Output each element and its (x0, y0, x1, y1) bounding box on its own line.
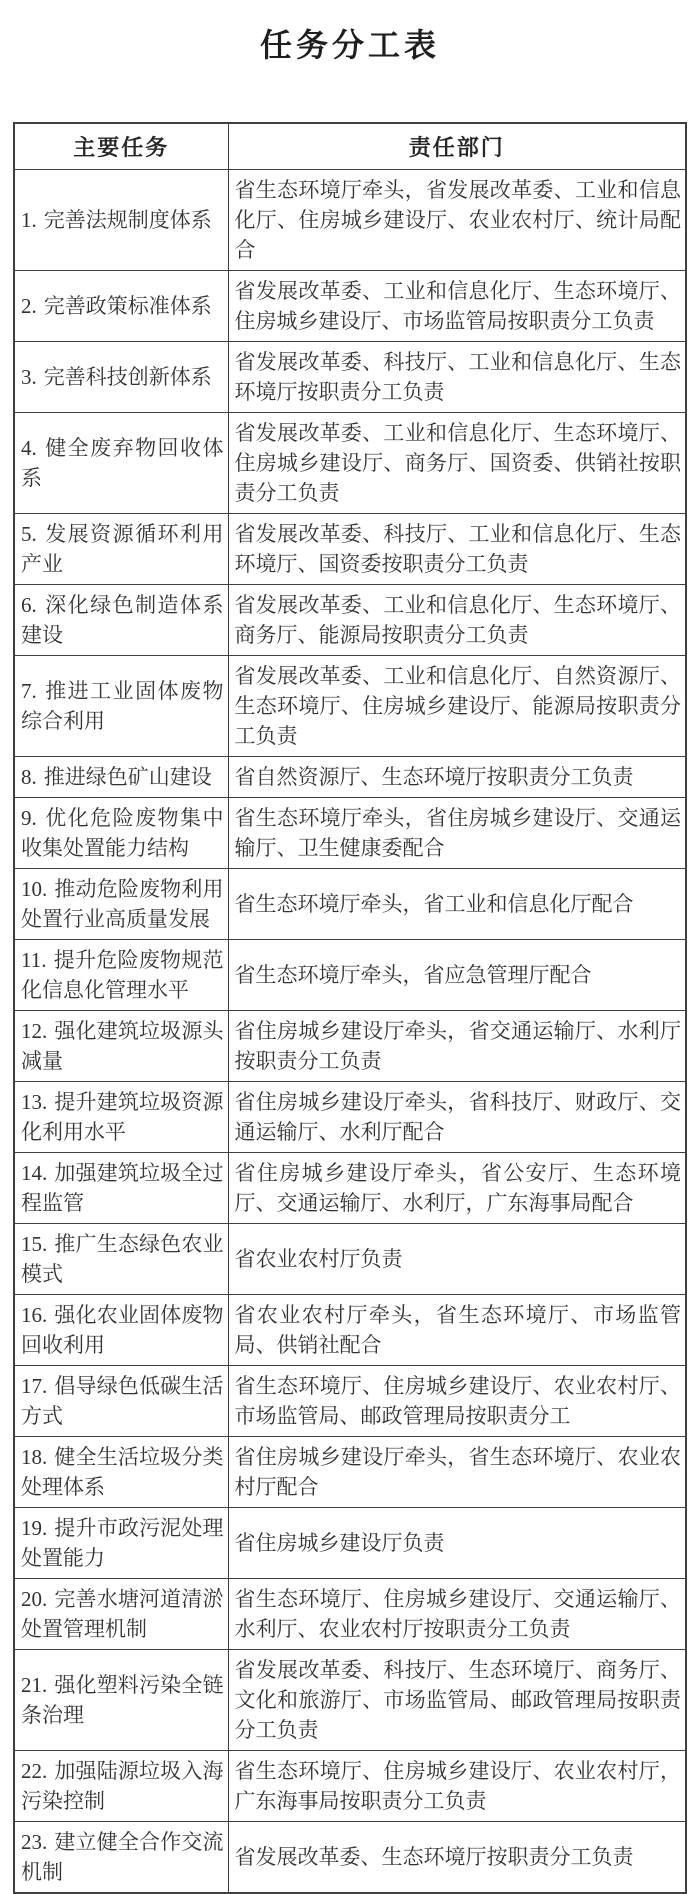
department-cell: 省农业农村厅牵头，省生态环境厅、市场监管局、供销社配合 (228, 1295, 686, 1366)
table-row: 14.加强建筑垃圾全过程监管 省住房城乡建设厅牵头，省公安厅、生态环境厅、交通运… (14, 1153, 686, 1224)
task-cell: 23.建立健全合作交流机制 (14, 1822, 228, 1894)
table-row: 2.完善政策标准体系 省发展改革委、工业和信息化厅、生态环境厅、住房城乡建设厅、… (14, 271, 686, 342)
task-number: 5. (21, 522, 37, 546)
department-cell: 省住房城乡建设厅牵头，省交通运输厅、水利厅按职责分工负责 (228, 1011, 686, 1082)
task-text: 推广生态绿色农业模式 (21, 1232, 224, 1286)
task-number: 1. (21, 208, 37, 232)
task-number: 10. (21, 877, 47, 901)
department-cell: 省发展改革委、工业和信息化厅、自然资源厅、生态环境厅、住房城乡建设厅、能源局按职… (228, 656, 686, 757)
table-row: 5.发展资源循环利用产业 省发展改革委、科技厅、工业和信息化厅、生态环境厅、国资… (14, 514, 686, 585)
department-cell: 省生态环境厅牵头，省应急管理厅配合 (228, 940, 686, 1011)
task-text: 健全生活垃圾分类处理体系 (21, 1445, 224, 1499)
table-row: 10.推动危险废物利用处置行业高质量发展 省生态环境厅牵头，省工业和信息化厅配合 (14, 869, 686, 940)
table-row: 19.提升市政污泥处理处置能力 省住房城乡建设厅负责 (14, 1508, 686, 1579)
task-number: 9. (21, 806, 37, 830)
table-row: 11.提升危险废物规范化信息化管理水平 省生态环境厅牵头，省应急管理厅配合 (14, 940, 686, 1011)
table-row: 17.倡导绿色低碳生活方式 省生态环境厅、住房城乡建设厅、农业农村厅、市场监管局… (14, 1366, 686, 1437)
task-number: 2. (21, 294, 37, 318)
department-cell: 省生态环境厅、住房城乡建设厅、农业农村厅、市场监管局、邮政管理局按职责分工 (228, 1366, 686, 1437)
department-cell: 省发展改革委、工业和信息化厅、生态环境厅、商务厅、能源局按职责分工负责 (228, 585, 686, 656)
task-number: 11. (21, 948, 46, 972)
department-cell: 省生态环境厅、住房城乡建设厅、交通运输厅、水利厅、农业农村厅按职责分工负责 (228, 1579, 686, 1650)
task-number: 16. (21, 1303, 47, 1327)
task-text: 提升市政污泥处理处置能力 (21, 1516, 224, 1570)
task-cell: 2.完善政策标准体系 (14, 271, 228, 342)
task-cell: 9.优化危险废物集中收集处置能力结构 (14, 798, 228, 869)
task-number: 17. (21, 1374, 47, 1398)
task-text: 推进绿色矿山建设 (44, 765, 212, 789)
department-cell: 省发展改革委、科技厅、生态环境厅、商务厅、文化和旅游厅、市场监管局、邮政管理局按… (228, 1650, 686, 1751)
department-cell: 省发展改革委、工业和信息化厅、生态环境厅、住房城乡建设厅、市场监管局按职责分工负… (228, 271, 686, 342)
department-cell: 省自然资源厅、生态环境厅按职责分工负责 (228, 757, 686, 798)
task-text: 健全废弃物回收体系 (21, 436, 224, 490)
task-text: 优化危险废物集中收集处置能力结构 (21, 806, 224, 860)
task-number: 13. (21, 1090, 47, 1114)
task-cell: 7.推进工业固体废物综合利用 (14, 656, 228, 757)
department-cell: 省发展改革委、科技厅、工业和信息化厅、生态环境厅、国资委按职责分工负责 (228, 514, 686, 585)
task-cell: 15.推广生态绿色农业模式 (14, 1224, 228, 1295)
department-cell: 省生态环境厅牵头，省工业和信息化厅配合 (228, 869, 686, 940)
task-cell: 8.推进绿色矿山建设 (14, 757, 228, 798)
table-row: 9.优化危险废物集中收集处置能力结构 省生态环境厅牵头，省住房城乡建设厅、交通运… (14, 798, 686, 869)
task-number: 21. (21, 1673, 47, 1697)
table-row: 22.加强陆源垃圾入海污染控制 省生态环境厅、住房城乡建设厅、农业农村厅，广东海… (14, 1751, 686, 1822)
task-text: 提升危险废物规范化信息化管理水平 (21, 948, 224, 1002)
task-text: 倡导绿色低碳生活方式 (21, 1374, 224, 1428)
table-row: 6.深化绿色制造体系建设 省发展改革委、工业和信息化厅、生态环境厅、商务厅、能源… (14, 585, 686, 656)
table-row: 12.强化建筑垃圾源头减量 省住房城乡建设厅牵头，省交通运输厅、水利厅按职责分工… (14, 1011, 686, 1082)
task-text: 发展资源循环利用产业 (21, 522, 224, 576)
table-header-task: 主要任务 (14, 123, 228, 170)
table-row: 13.提升建筑垃圾资源化利用水平 省住房城乡建设厅牵头，省科技厅、财政厅、交通运… (14, 1082, 686, 1153)
table-row: 21.强化塑料污染全链条治理 省发展改革委、科技厅、生态环境厅、商务厅、文化和旅… (14, 1650, 686, 1751)
task-cell: 11.提升危险废物规范化信息化管理水平 (14, 940, 228, 1011)
department-cell: 省发展改革委、生态环境厅按职责分工负责 (228, 1822, 686, 1894)
task-assignment-table: 主要任务 责任部门 1.完善法规制度体系 省生态环境厅牵头，省发展改革委、工业和… (13, 122, 687, 1894)
department-cell: 省发展改革委、工业和信息化厅、生态环境厅、住房城乡建设厅、商务厅、国资委、供销社… (228, 413, 686, 514)
task-text: 加强陆源垃圾入海污染控制 (21, 1759, 224, 1813)
task-cell: 4.健全废弃物回收体系 (14, 413, 228, 514)
task-cell: 3.完善科技创新体系 (14, 342, 228, 413)
task-cell: 21.强化塑料污染全链条治理 (14, 1650, 228, 1751)
task-text: 建立健全合作交流机制 (21, 1830, 224, 1884)
task-text: 推进工业固体废物综合利用 (21, 679, 224, 733)
table-row: 15.推广生态绿色农业模式 省农业农村厅负责 (14, 1224, 686, 1295)
task-number: 14. (21, 1161, 47, 1185)
task-number: 3. (21, 365, 37, 389)
task-text: 完善政策标准体系 (44, 294, 212, 318)
task-cell: 17.倡导绿色低碳生活方式 (14, 1366, 228, 1437)
task-number: 8. (21, 765, 37, 789)
task-text: 强化农业固体废物回收利用 (21, 1303, 224, 1357)
department-cell: 省住房城乡建设厅牵头，省公安厅、生态环境厅、交通运输厅、水利厅，广东海事局配合 (228, 1153, 686, 1224)
task-text: 完善科技创新体系 (44, 365, 212, 389)
task-text: 强化建筑垃圾源头减量 (21, 1019, 224, 1073)
table-row: 7.推进工业固体废物综合利用 省发展改革委、工业和信息化厅、自然资源厅、生态环境… (14, 656, 686, 757)
task-number: 7. (21, 679, 37, 703)
department-cell: 省生态环境厅、住房城乡建设厅、农业农村厅，广东海事局按职责分工负责 (228, 1751, 686, 1822)
task-cell: 18.健全生活垃圾分类处理体系 (14, 1437, 228, 1508)
task-number: 4. (21, 436, 37, 460)
task-text: 加强建筑垃圾全过程监管 (21, 1161, 224, 1215)
task-number: 22. (21, 1759, 47, 1783)
department-cell: 省生态环境厅牵头，省住房城乡建设厅、交通运输厅、卫生健康委配合 (228, 798, 686, 869)
task-cell: 14.加强建筑垃圾全过程监管 (14, 1153, 228, 1224)
task-cell: 5.发展资源循环利用产业 (14, 514, 228, 585)
task-text: 推动危险废物利用处置行业高质量发展 (21, 877, 224, 931)
document-page: 任务分工表 主要任务 责任部门 1.完善法规制度体系 省生态环境厅牵头，省发展改… (0, 0, 700, 1894)
department-cell: 省农业农村厅负责 (228, 1224, 686, 1295)
task-cell: 22.加强陆源垃圾入海污染控制 (14, 1751, 228, 1822)
task-cell: 12.强化建筑垃圾源头减量 (14, 1011, 228, 1082)
task-cell: 20.完善水塘河道清淤处置管理机制 (14, 1579, 228, 1650)
table-row: 1.完善法规制度体系 省生态环境厅牵头，省发展改革委、工业和信息化厅、住房城乡建… (14, 170, 686, 271)
table-row: 4.健全废弃物回收体系 省发展改革委、工业和信息化厅、生态环境厅、住房城乡建设厅… (14, 413, 686, 514)
task-text: 深化绿色制造体系建设 (21, 593, 224, 647)
task-text: 提升建筑垃圾资源化利用水平 (21, 1090, 224, 1144)
task-number: 19. (21, 1516, 47, 1540)
task-cell: 1.完善法规制度体系 (14, 170, 228, 271)
task-cell: 6.深化绿色制造体系建设 (14, 585, 228, 656)
task-cell: 16.强化农业固体废物回收利用 (14, 1295, 228, 1366)
table-header-department: 责任部门 (228, 123, 686, 170)
table-row: 16.强化农业固体废物回收利用 省农业农村厅牵头，省生态环境厅、市场监管局、供销… (14, 1295, 686, 1366)
department-cell: 省发展改革委、科技厅、工业和信息化厅、生态环境厅按职责分工负责 (228, 342, 686, 413)
task-cell: 13.提升建筑垃圾资源化利用水平 (14, 1082, 228, 1153)
task-number: 23. (21, 1830, 47, 1854)
table-row: 18.健全生活垃圾分类处理体系 省住房城乡建设厅牵头，省生态环境厅、农业农村厅配… (14, 1437, 686, 1508)
table-header-row: 主要任务 责任部门 (14, 123, 686, 170)
task-number: 15. (21, 1232, 47, 1256)
task-text: 完善法规制度体系 (44, 208, 212, 232)
task-number: 18. (21, 1445, 47, 1469)
table-row: 20.完善水塘河道清淤处置管理机制 省生态环境厅、住房城乡建设厅、交通运输厅、水… (14, 1579, 686, 1650)
department-cell: 省住房城乡建设厅牵头，省生态环境厅、农业农村厅配合 (228, 1437, 686, 1508)
table-row: 8.推进绿色矿山建设 省自然资源厅、生态环境厅按职责分工负责 (14, 757, 686, 798)
task-text: 完善水塘河道清淤处置管理机制 (21, 1587, 224, 1641)
task-number: 6. (21, 593, 37, 617)
task-number: 12. (21, 1019, 47, 1043)
task-cell: 10.推动危险废物利用处置行业高质量发展 (14, 869, 228, 940)
department-cell: 省生态环境厅牵头，省发展改革委、工业和信息化厅、住房城乡建设厅、农业农村厅、统计… (228, 170, 686, 271)
department-cell: 省住房城乡建设厅负责 (228, 1508, 686, 1579)
task-table-body: 1.完善法规制度体系 省生态环境厅牵头，省发展改革委、工业和信息化厅、住房城乡建… (14, 170, 686, 1894)
table-row: 3.完善科技创新体系 省发展改革委、科技厅、工业和信息化厅、生态环境厅按职责分工… (14, 342, 686, 413)
table-row: 23.建立健全合作交流机制 省发展改革委、生态环境厅按职责分工负责 (14, 1822, 686, 1894)
task-cell: 19.提升市政污泥处理处置能力 (14, 1508, 228, 1579)
document-title: 任务分工表 (0, 20, 700, 66)
department-cell: 省住房城乡建设厅牵头，省科技厅、财政厅、交通运输厅、水利厅配合 (228, 1082, 686, 1153)
task-text: 强化塑料污染全链条治理 (21, 1673, 224, 1727)
task-number: 20. (21, 1587, 47, 1611)
